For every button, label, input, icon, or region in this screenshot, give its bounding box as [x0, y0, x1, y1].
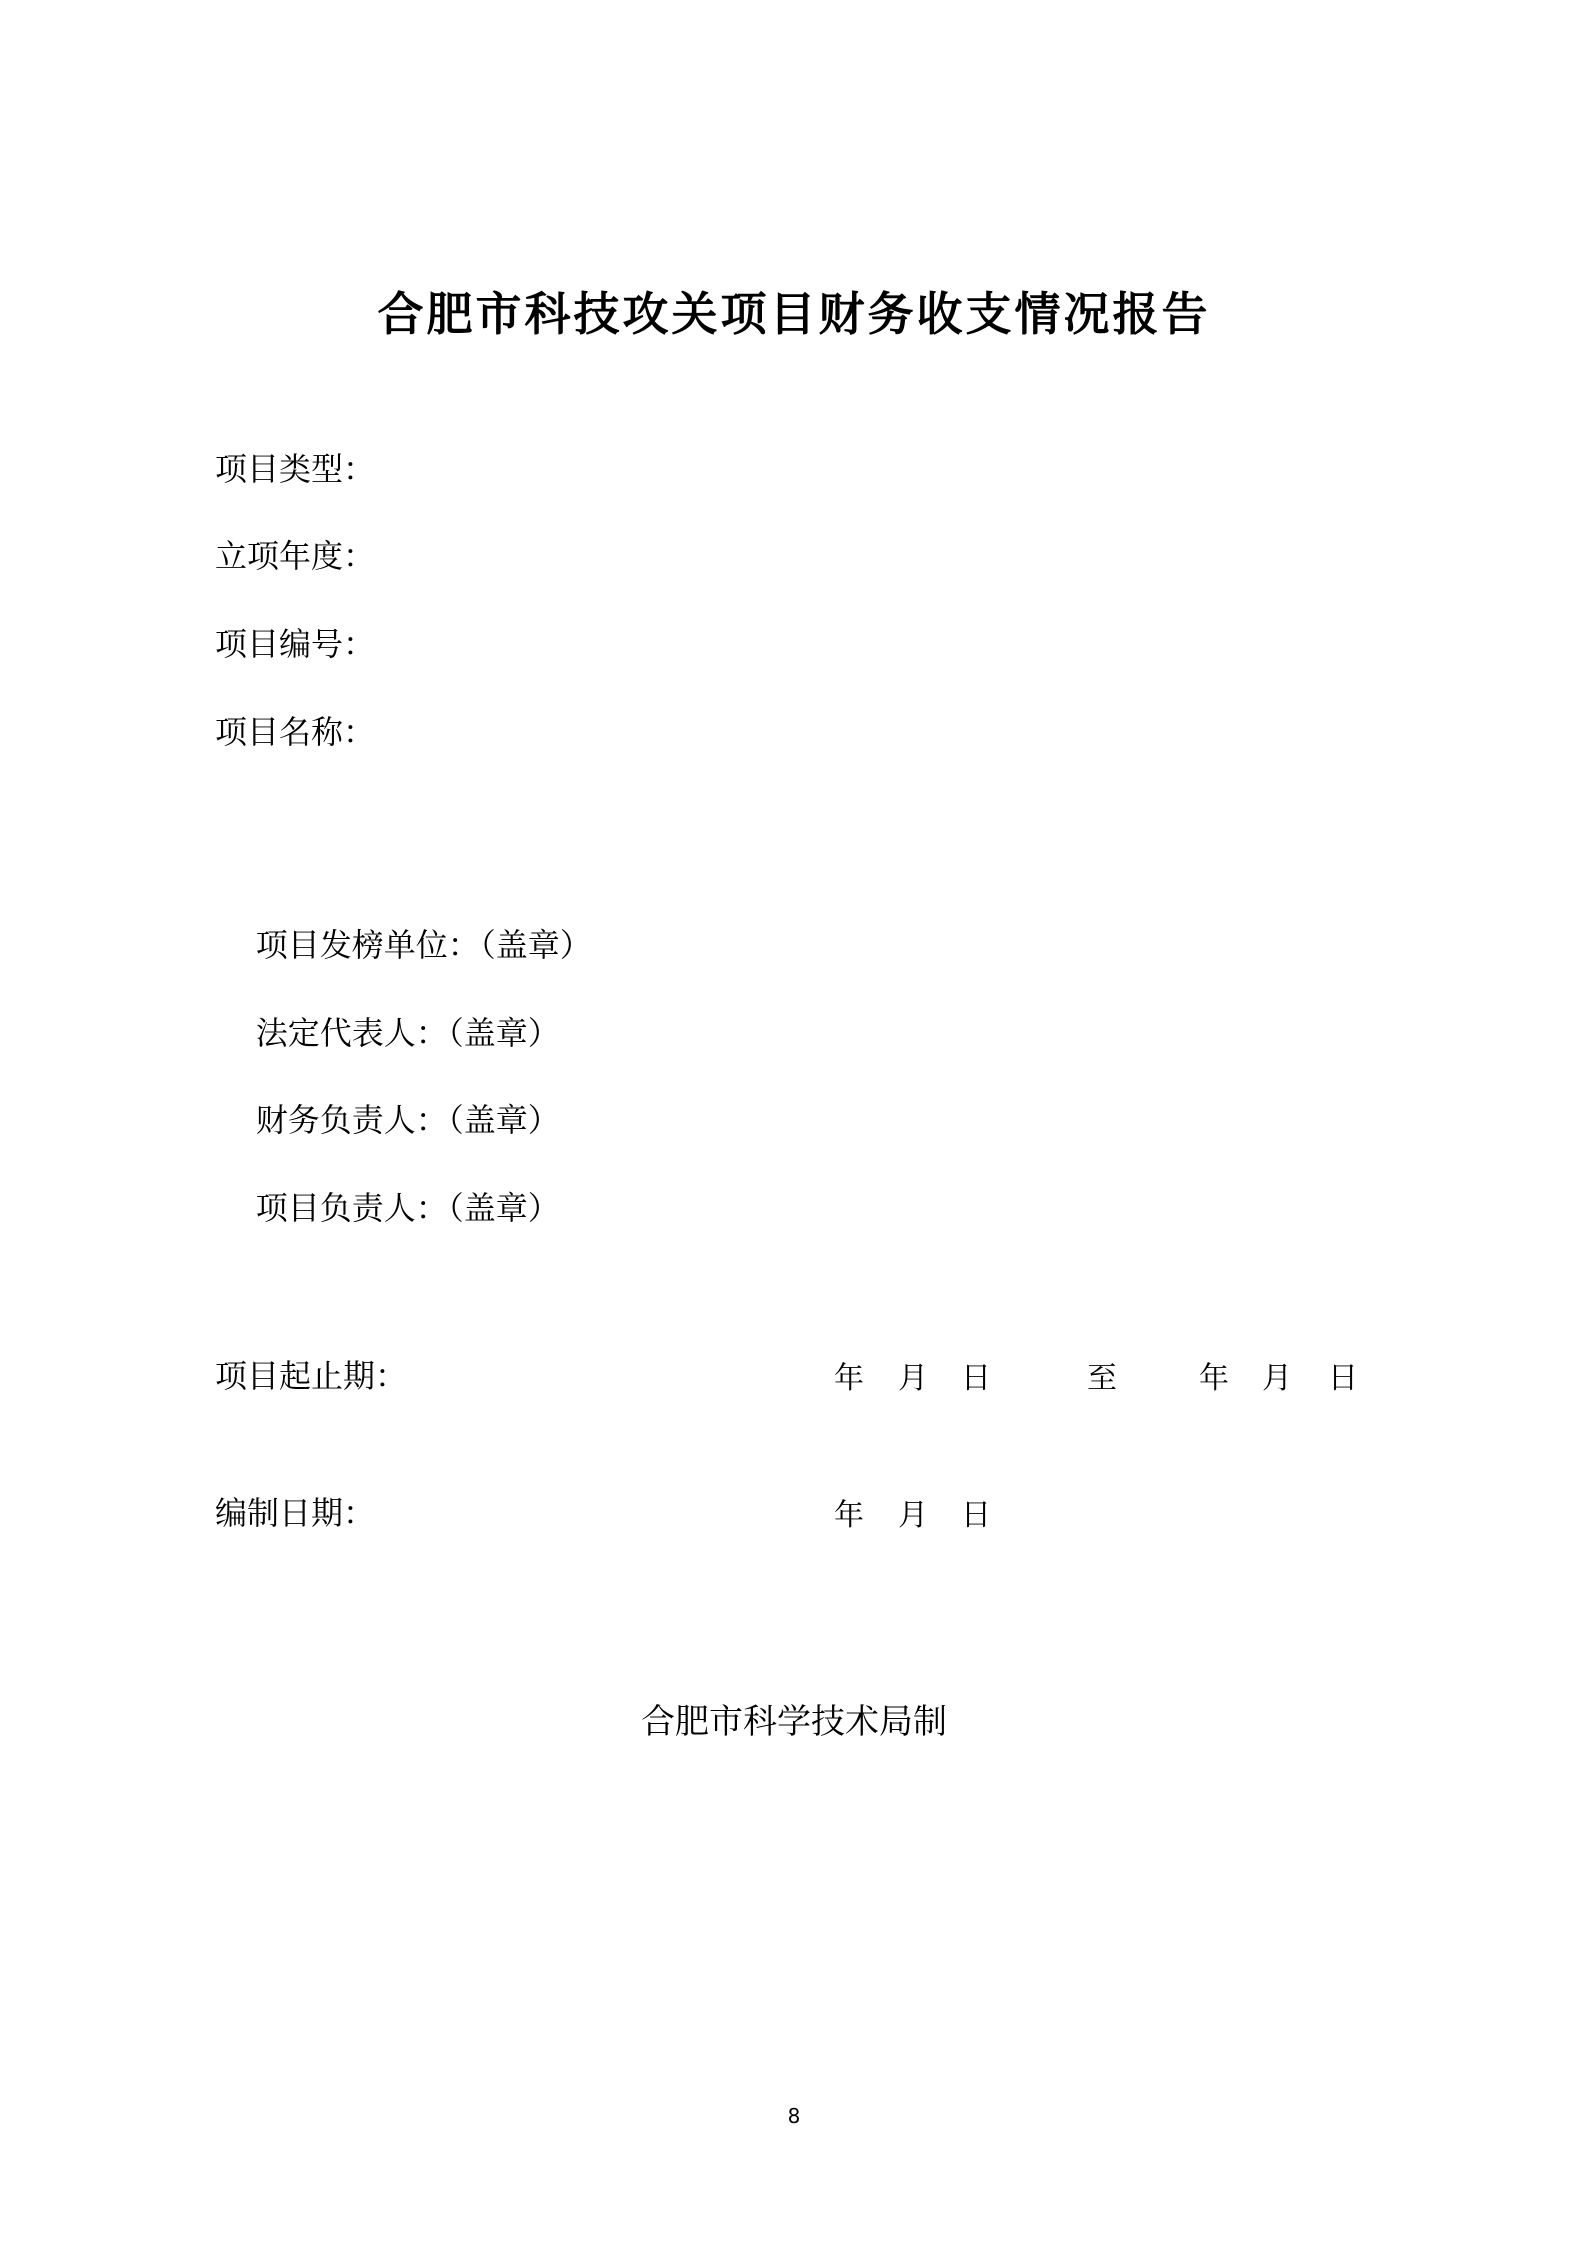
period-start-day: 日 [961, 1353, 991, 1397]
field-compile-date-label: 编制日期： [215, 1488, 375, 1534]
period-end-year: 年 [1199, 1353, 1229, 1397]
period-start-month: 月 [898, 1353, 928, 1397]
field-approval-year: 立项年度： [215, 531, 375, 577]
field-project-type: 项目类型： [215, 444, 375, 490]
page-number: 8 [0, 2104, 1588, 2128]
document-title: 合肥市科技攻关项目财务收支情况报告 [0, 278, 1588, 344]
seal-note: （盖章） [448, 1014, 560, 1052]
field-label: 财务负责人： [256, 1101, 448, 1139]
issuer-line: 合肥市科学技术局制 [0, 1694, 1588, 1743]
compile-day: 日 [961, 1490, 991, 1534]
field-project-name: 项目名称： [215, 707, 375, 753]
compile-year: 年 [834, 1490, 864, 1534]
field-label: 法定代表人： [256, 1014, 448, 1052]
period-end-month: 月 [1262, 1353, 1292, 1397]
document-page: 合肥市科技攻关项目财务收支情况报告 项目类型： 立项年度： 项目编号： 项目名称… [0, 0, 1588, 2245]
period-end-day: 日 [1328, 1353, 1358, 1397]
seal-note: （盖章） [448, 1101, 560, 1139]
seal-note: （盖章） [448, 1189, 560, 1227]
field-label: 项目发榜单位： [256, 926, 480, 964]
field-project-number: 项目编号： [215, 619, 375, 665]
period-separator: 至 [1087, 1353, 1117, 1397]
field-project-leader: 项目负责人：（盖章） [215, 1145, 560, 1267]
seal-note: （盖章） [480, 926, 592, 964]
compile-month: 月 [898, 1490, 928, 1534]
field-label: 项目负责人： [256, 1189, 448, 1227]
period-start-year: 年 [834, 1353, 864, 1397]
field-project-period-label: 项目起止期： [215, 1351, 407, 1397]
